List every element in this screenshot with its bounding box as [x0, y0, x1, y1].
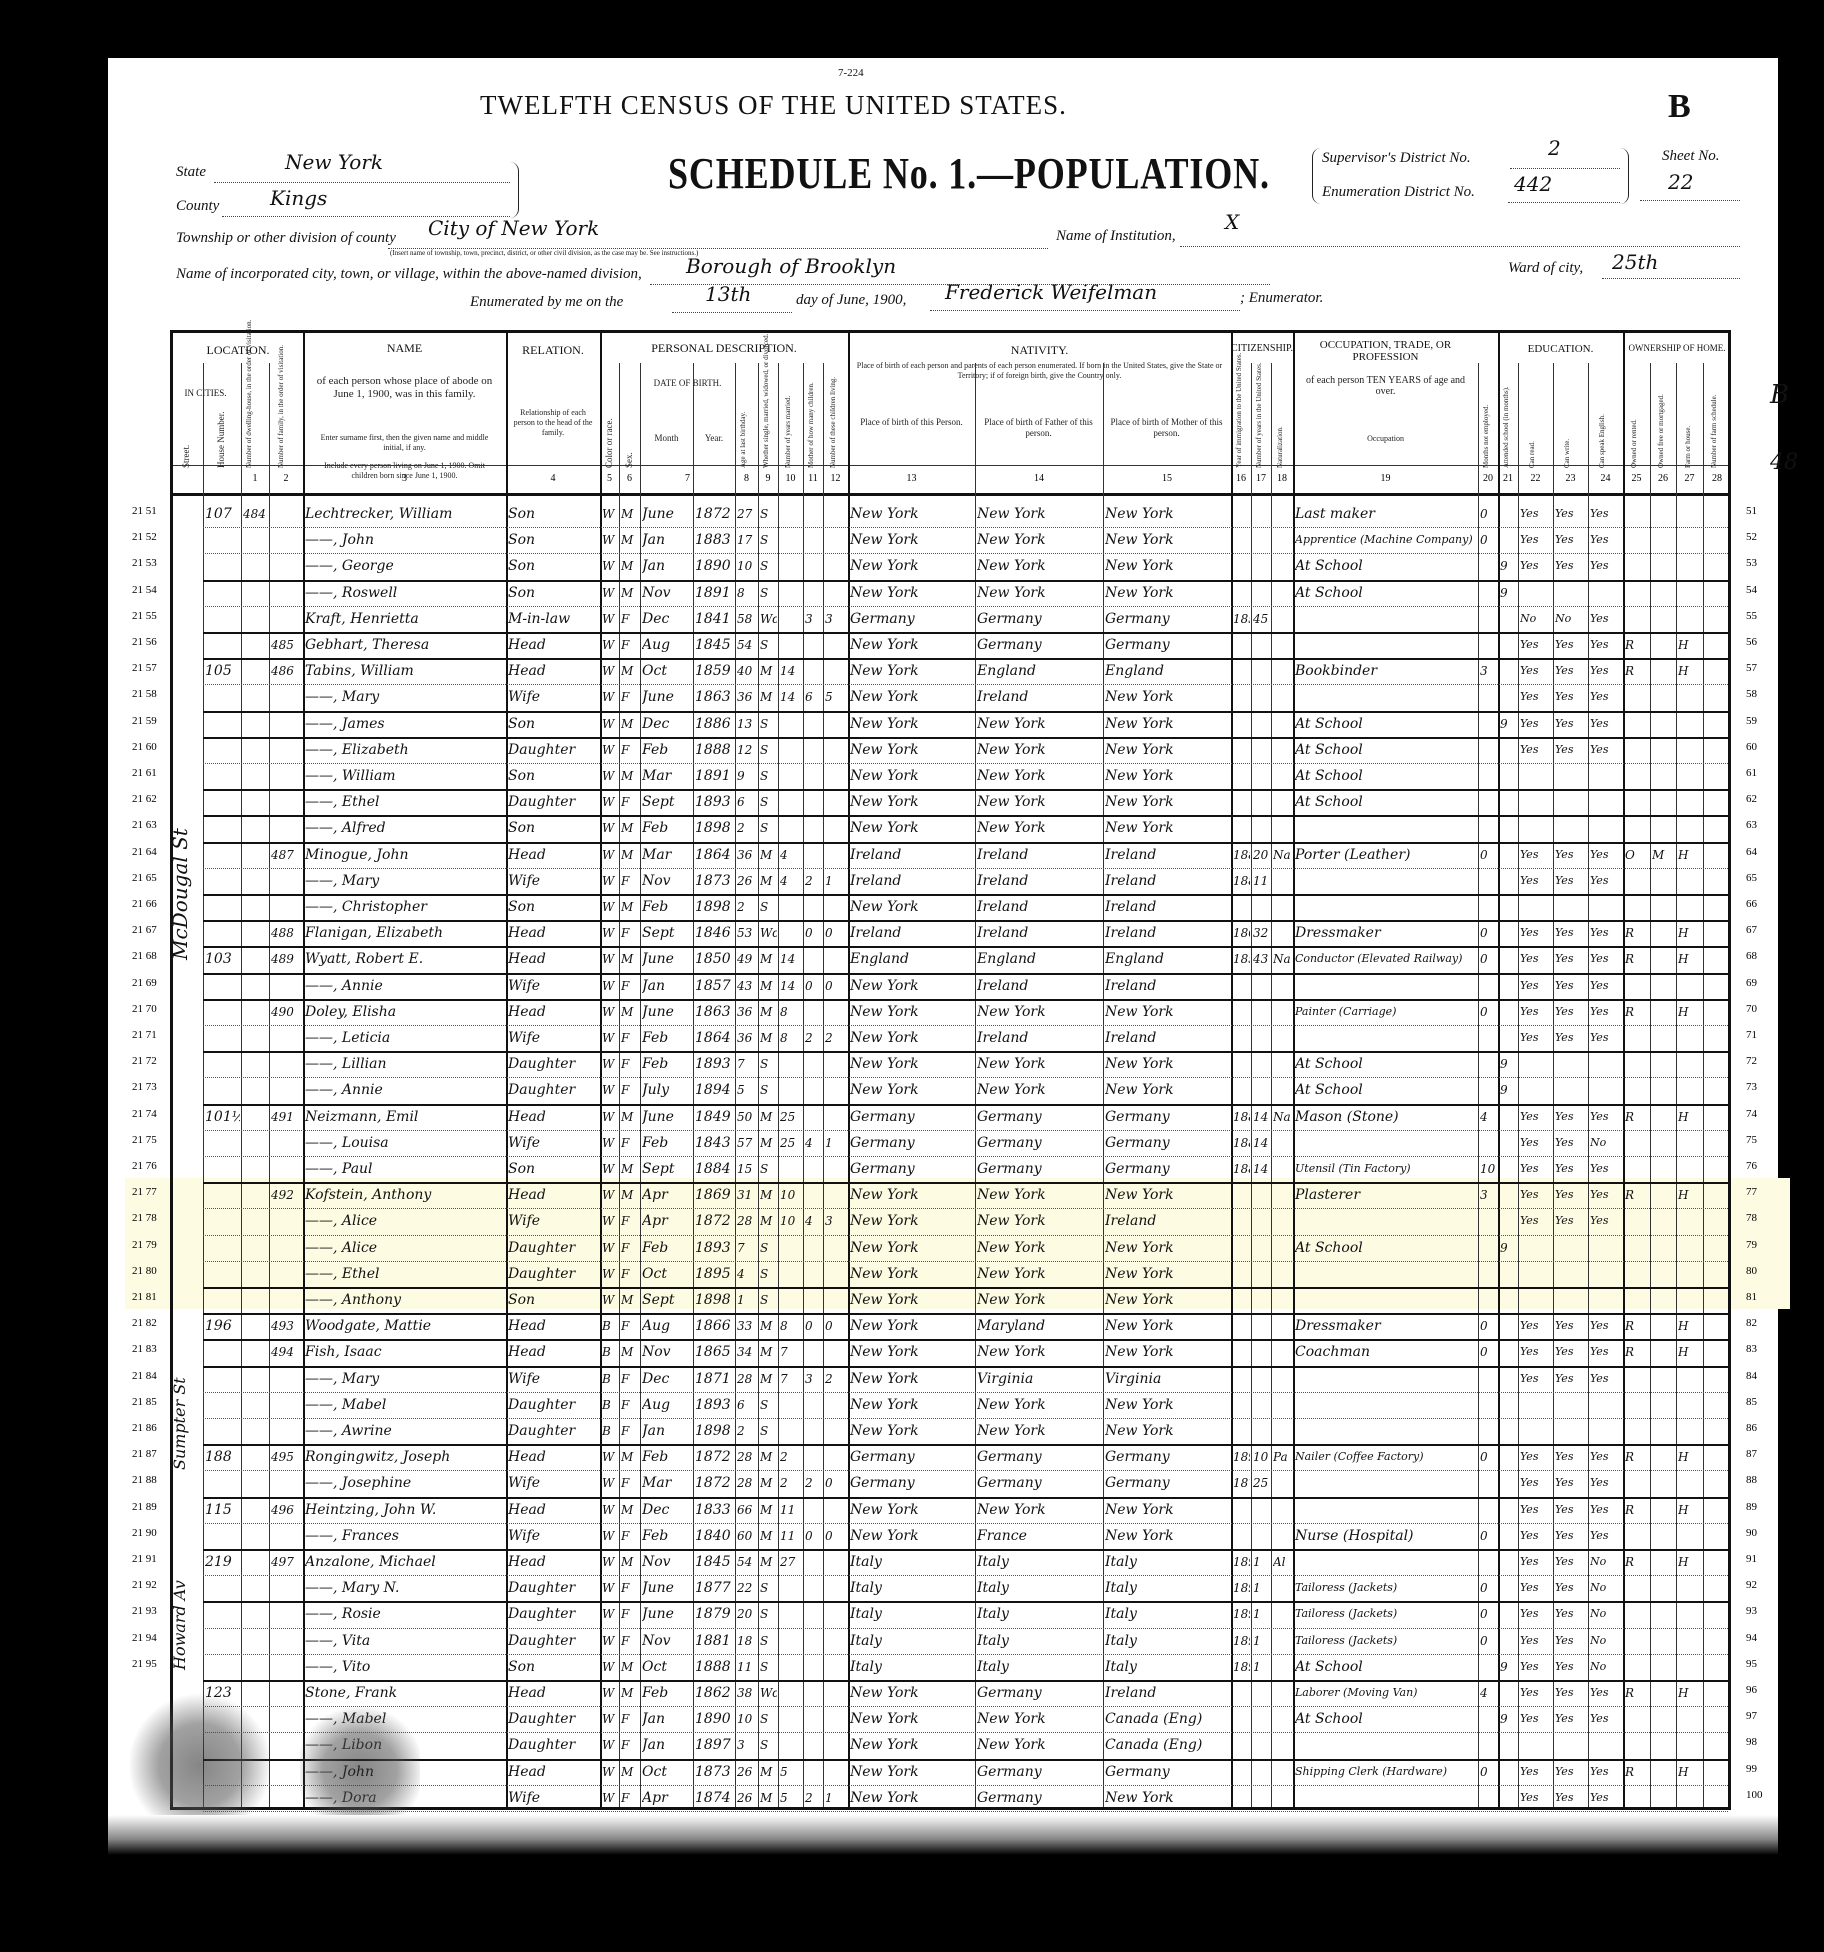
cell-age: 22: [737, 1575, 757, 1601]
cell-sex: M: [621, 763, 639, 789]
cell-unemp: [1480, 763, 1497, 789]
cell-speak: [1590, 1392, 1622, 1418]
cell-farm: H: [1678, 946, 1702, 972]
line-number: 76: [1746, 1160, 1757, 1172]
table-row: ——, PaulSonWMSept188415SGermanyGermanyGe…: [173, 1156, 1734, 1182]
hdr-name-note1: Enter surname first, then the given name…: [313, 433, 496, 453]
line-number: 82: [1746, 1317, 1757, 1329]
cell-write: Yes: [1555, 1497, 1587, 1523]
line-number: 72: [1746, 1055, 1757, 1067]
cell-yus: [1253, 1025, 1270, 1051]
cell-imm: 1875: [1233, 1470, 1250, 1496]
supervisor-value: 2: [1548, 136, 1561, 160]
cell-family: 493: [271, 1313, 302, 1339]
cell-name: ——, Frances: [305, 1523, 505, 1549]
cell-farm: [1678, 1051, 1702, 1077]
cell-month: Feb: [642, 815, 692, 841]
cell-color: W: [602, 658, 618, 684]
cell-farm: [1678, 501, 1702, 527]
cell-school: [1500, 1759, 1517, 1785]
day-line: [672, 312, 792, 313]
cell-relation: Daughter: [508, 1601, 599, 1627]
cell-bp: New York: [850, 763, 974, 789]
cell-yus: [1253, 658, 1270, 684]
cell-imm: [1233, 1680, 1250, 1706]
cell-bf: England: [977, 946, 1102, 972]
cell-sex: M: [621, 1287, 639, 1313]
cell-own: [1625, 1654, 1649, 1680]
cell-read: Yes: [1520, 1104, 1552, 1130]
cell-nat: [1273, 999, 1292, 1025]
cell-age: 50: [737, 1104, 757, 1130]
cell-write: Yes: [1555, 632, 1587, 658]
cell-ym: [780, 894, 802, 920]
cell-color: W: [602, 1182, 618, 1208]
cell-own: [1625, 684, 1649, 710]
cell-moc: 4: [805, 1208, 822, 1234]
cell-yus: [1253, 1182, 1270, 1208]
cell-free: [1652, 1601, 1675, 1627]
cell-house: [205, 842, 240, 868]
cell-free: [1652, 1759, 1675, 1785]
cell-yus: [1253, 1680, 1270, 1706]
cell-bp: Italy: [850, 1549, 974, 1575]
cell-yus: [1253, 1077, 1270, 1103]
table-row: 490Doley, ElishaHeadWMJune186336M8New Yo…: [173, 999, 1734, 1025]
cell-bf: New York: [977, 1261, 1102, 1287]
line-number: 54: [1746, 584, 1757, 596]
cell-relation: Son: [508, 1156, 599, 1182]
cell-unemp: [1480, 1025, 1497, 1051]
cell-unemp: 0: [1480, 842, 1497, 868]
cell-farm: [1678, 973, 1702, 999]
cell-moc: [805, 1680, 822, 1706]
left-line-number: 21 68: [132, 950, 157, 962]
cell-name: ——, Leticia: [305, 1025, 505, 1051]
cell-unemp: 4: [1480, 1680, 1497, 1706]
cell-family: [271, 1392, 302, 1418]
left-line-number: 21 63: [132, 819, 157, 831]
ed-value: 442: [1514, 172, 1552, 196]
line-number: 61: [1746, 767, 1757, 779]
cell-relation: Son: [508, 711, 599, 737]
cell-marital: M: [760, 1497, 777, 1523]
left-line-number: 21 51: [132, 505, 157, 517]
cell-marital: S: [760, 763, 777, 789]
cell-ym: [780, 1654, 802, 1680]
cell-read: [1520, 1732, 1552, 1758]
cell-imm: [1233, 737, 1250, 763]
cell-marital: S: [760, 1654, 777, 1680]
table-row: ——, AnnieDaughterWFJuly18945SNew YorkNew…: [173, 1077, 1734, 1103]
enumerated-day: 13th: [705, 282, 751, 306]
cell-house: [205, 632, 240, 658]
cell-name: ——, Annie: [305, 1077, 505, 1103]
cell-relation: Son: [508, 1654, 599, 1680]
table-row: ——, EthelDaughterWFOct18954SNew YorkNew …: [173, 1261, 1734, 1287]
cell-dwelling: [243, 789, 268, 815]
hdr-unemployed: Months not employed.: [1482, 363, 1490, 468]
cell-read: Yes: [1520, 527, 1552, 553]
cell-write: No: [1555, 606, 1587, 632]
table-row: ——, JohnSonWMJan188317SNew YorkNew YorkN…: [173, 527, 1734, 553]
cell-color: W: [602, 580, 618, 606]
left-line-number: 21 69: [132, 977, 157, 989]
cell-school: [1500, 1156, 1517, 1182]
supervisor-label: Supervisor's District No.: [1322, 150, 1471, 167]
cell-unemp: [1480, 789, 1497, 815]
cell-sex: F: [621, 632, 639, 658]
cell-farm: H: [1678, 1759, 1702, 1785]
cell-school: [1500, 1549, 1517, 1575]
cell-unemp: [1480, 1261, 1497, 1287]
ward-label: Ward of city,: [1508, 260, 1583, 277]
cell-sex: F: [621, 606, 639, 632]
cell-house: [205, 1418, 240, 1444]
cell-occ: Porter (Leather): [1295, 842, 1477, 868]
cell-color: W: [602, 632, 618, 658]
cell-bp: New York: [850, 737, 974, 763]
cell-bf: New York: [977, 1051, 1102, 1077]
cell-dwelling: [243, 868, 268, 894]
cell-age: 40: [737, 658, 757, 684]
line-number: 56: [1746, 636, 1757, 648]
cell-free: [1652, 1706, 1675, 1732]
table-row: ——, Mary N.DaughterWFJune187722SItalyIta…: [173, 1575, 1734, 1601]
cell-write: Yes: [1555, 553, 1587, 579]
cell-bf: New York: [977, 763, 1102, 789]
table-row: 115496Heintzing, John W.HeadWMDec183366M…: [173, 1497, 1734, 1523]
cell-house: [205, 684, 240, 710]
cell-age: 8: [737, 580, 757, 606]
cell-bm: New York: [1105, 1392, 1230, 1418]
cell-write: Yes: [1555, 711, 1587, 737]
cell-bf: Virginia: [977, 1366, 1102, 1392]
table-row: ——, VitaDaughterWFNov188118SItalyItalyIt…: [173, 1628, 1734, 1654]
cell-school: 9: [1500, 711, 1517, 737]
cell-speak: Yes: [1590, 737, 1622, 763]
cell-family: [271, 1601, 302, 1627]
cell-write: Yes: [1555, 1156, 1587, 1182]
cell-moc: [805, 553, 822, 579]
cell-color: W: [602, 1156, 618, 1182]
cell-yus: 43: [1253, 946, 1270, 972]
cell-marital: S: [760, 580, 777, 606]
cell-family: 490: [271, 999, 302, 1025]
cell-imm: 1886: [1233, 1130, 1250, 1156]
cell-nat: [1273, 1130, 1292, 1156]
cell-unemp: [1480, 684, 1497, 710]
cell-ym: [780, 606, 802, 632]
cell-family: [271, 1654, 302, 1680]
line-number: 67: [1746, 924, 1757, 936]
institution-value: X: [1225, 210, 1239, 234]
cell-own: [1625, 868, 1649, 894]
left-line-number: 21 74: [132, 1108, 157, 1120]
cell-cl: [825, 894, 847, 920]
cell-family: [271, 1287, 302, 1313]
cell-year: 1872: [695, 501, 734, 527]
cell-read: Yes: [1520, 1654, 1552, 1680]
cell-nat: [1273, 789, 1292, 815]
cell-age: 58: [737, 606, 757, 632]
cell-color: W: [602, 894, 618, 920]
line-number: 66: [1746, 898, 1757, 910]
cell-occ: [1295, 1392, 1477, 1418]
column-number: 22: [1518, 473, 1553, 484]
cell-own: R: [1625, 1339, 1649, 1365]
cell-family: [271, 1025, 302, 1051]
cell-cl: [825, 632, 847, 658]
cell-relation: Head: [508, 1339, 599, 1365]
township-note: (Insert name of township, town, precinct…: [390, 249, 698, 257]
cell-house: [205, 1628, 240, 1654]
cell-bf: Germany: [977, 632, 1102, 658]
cell-marital: M: [760, 1523, 777, 1549]
cell-read: Yes: [1520, 1208, 1552, 1234]
cell-free: [1652, 527, 1675, 553]
cell-cl: [825, 1732, 847, 1758]
cell-month: Nov: [642, 580, 692, 606]
cell-occ: At School: [1295, 1077, 1477, 1103]
cell-year: 1894: [695, 1077, 734, 1103]
cell-farm: [1678, 1025, 1702, 1051]
cell-bf: New York: [977, 1182, 1102, 1208]
line-number: 97: [1746, 1710, 1757, 1722]
left-line-number: 21 54: [132, 584, 157, 596]
cell-month: Sept: [642, 789, 692, 815]
cell-write: [1555, 1261, 1587, 1287]
hdr-personal: PERSONAL DESCRIPTION.: [600, 341, 848, 356]
cell-occ: [1295, 1366, 1477, 1392]
cell-read: Yes: [1520, 1497, 1552, 1523]
cell-farm: [1678, 553, 1702, 579]
cell-school: [1500, 501, 1517, 527]
cell-occ: [1295, 632, 1477, 658]
cell-house: 188: [205, 1444, 240, 1470]
cell-sex: F: [621, 1523, 639, 1549]
cell-read: [1520, 789, 1552, 815]
cell-name: Doley, Elisha: [305, 999, 505, 1025]
cell-age: 15: [737, 1156, 757, 1182]
cell-free: [1652, 894, 1675, 920]
cell-ym: 14: [780, 658, 802, 684]
cell-speak: No: [1590, 1601, 1622, 1627]
cell-free: [1652, 999, 1675, 1025]
cell-relation: Head: [508, 658, 599, 684]
cell-marital: S: [760, 1077, 777, 1103]
cell-bp: New York: [850, 553, 974, 579]
cell-moc: [805, 1732, 822, 1758]
cell-family: [271, 1785, 302, 1811]
cell-month: June: [642, 1104, 692, 1130]
cell-occ: At School: [1295, 711, 1477, 737]
cell-own: [1625, 1156, 1649, 1182]
left-line-number: 21 72: [132, 1055, 157, 1067]
cell-ym: 14: [780, 684, 802, 710]
cell-house: [205, 973, 240, 999]
enumerator-name: Frederick Weifelman: [945, 280, 1157, 304]
cell-sex: F: [621, 1208, 639, 1234]
cell-dwelling: [243, 580, 268, 606]
cell-color: W: [602, 1051, 618, 1077]
cell-sex: F: [621, 1313, 639, 1339]
line-number: 64: [1746, 846, 1757, 858]
cell-moc: 3: [805, 606, 822, 632]
cell-cl: [825, 946, 847, 972]
cell-school: [1500, 1601, 1517, 1627]
cell-bp: New York: [850, 789, 974, 815]
cell-bm: England: [1105, 658, 1230, 684]
line-number: 90: [1746, 1527, 1757, 1539]
line-number: 65: [1746, 872, 1757, 884]
cell-bm: New York: [1105, 1523, 1230, 1549]
cell-dwelling: [243, 1287, 268, 1313]
cell-moc: [805, 1549, 822, 1575]
table-row: 101½491Neizmann, EmilHeadWMJune184950M25…: [173, 1104, 1734, 1130]
hdr-relation: RELATION.: [506, 343, 600, 358]
cell-month: Nov: [642, 868, 692, 894]
cell-occ: Bookbinder: [1295, 658, 1477, 684]
cell-dwelling: [243, 737, 268, 763]
cell-family: [271, 737, 302, 763]
supervisor-line: [1510, 168, 1620, 169]
cell-bm: Canada (Eng): [1105, 1706, 1230, 1732]
cell-name: ——, Vito: [305, 1654, 505, 1680]
cell-ym: 5: [780, 1759, 802, 1785]
cell-own: [1625, 553, 1649, 579]
cell-speak: Yes: [1590, 553, 1622, 579]
line-number: 60: [1746, 741, 1757, 753]
cell-write: Yes: [1555, 1182, 1587, 1208]
township-label: Township or other division of county: [176, 230, 396, 247]
cell-read: [1520, 894, 1552, 920]
cell-month: Nov: [642, 1549, 692, 1575]
cell-marital: S: [760, 1418, 777, 1444]
cell-dwelling: [243, 658, 268, 684]
hdr-year: Year.: [693, 433, 735, 444]
cell-month: June: [642, 946, 692, 972]
cell-unemp: [1480, 1497, 1497, 1523]
cell-family: [271, 606, 302, 632]
cell-cl: [825, 763, 847, 789]
cell-year: 1897: [695, 1732, 734, 1758]
cell-write: [1555, 1418, 1587, 1444]
column-number: 17: [1251, 473, 1271, 484]
cell-farm: H: [1678, 920, 1702, 946]
column-number: 11: [803, 473, 823, 484]
cell-month: June: [642, 1601, 692, 1627]
cell-dwelling: [243, 684, 268, 710]
cell-color: W: [602, 973, 618, 999]
cell-yus: 1: [1253, 1549, 1270, 1575]
cell-name: Lechtrecker, William: [305, 501, 505, 527]
cell-nat: [1273, 1313, 1292, 1339]
institution-label: Name of Institution,: [1056, 228, 1176, 245]
cell-write: Yes: [1555, 1130, 1587, 1156]
cell-bp: New York: [850, 1732, 974, 1758]
cell-occ: At School: [1295, 763, 1477, 789]
cell-free: [1652, 1130, 1675, 1156]
column-number: 8: [735, 473, 758, 484]
cell-occ: Mason (Stone): [1295, 1104, 1477, 1130]
cell-dwelling: [243, 999, 268, 1025]
hdr-mother-of: Mother of how many children.: [807, 363, 815, 468]
cell-year: 1872: [695, 1470, 734, 1496]
cell-year: 1898: [695, 894, 734, 920]
cell-relation: Wife: [508, 868, 599, 894]
cell-bf: New York: [977, 789, 1102, 815]
cell-read: Yes: [1520, 1575, 1552, 1601]
cell-name: Anzalone, Michael: [305, 1549, 505, 1575]
cell-bp: New York: [850, 684, 974, 710]
cell-color: W: [602, 1601, 618, 1627]
cell-ym: 4: [780, 868, 802, 894]
cell-family: 487: [271, 842, 302, 868]
cell-name: ——, Mabel: [305, 1392, 505, 1418]
cell-age: 7: [737, 1235, 757, 1261]
cell-marital: S: [760, 1156, 777, 1182]
cell-speak: Yes: [1590, 1025, 1622, 1051]
cell-moc: [805, 1077, 822, 1103]
table-row: ——, VitoSonWMOct188811SItalyItalyItaly18…: [173, 1654, 1734, 1680]
cell-bm: Germany: [1105, 632, 1230, 658]
cell-sex: F: [621, 1130, 639, 1156]
cell-name: ——, Alice: [305, 1235, 505, 1261]
cell-bf: Germany: [977, 1156, 1102, 1182]
cell-house: [205, 920, 240, 946]
cell-relation: Head: [508, 999, 599, 1025]
cell-age: 38: [737, 1680, 757, 1706]
cell-color: W: [602, 1497, 618, 1523]
cell-bm: Ireland: [1105, 1680, 1230, 1706]
cell-occ: [1295, 1470, 1477, 1496]
cell-ym: [780, 1628, 802, 1654]
hdr-nativity: NATIVITY.: [848, 343, 1231, 358]
cell-own: R: [1625, 632, 1649, 658]
cell-bf: Italy: [977, 1549, 1102, 1575]
cell-age: 43: [737, 973, 757, 999]
cell-bf: New York: [977, 580, 1102, 606]
cell-nat: [1273, 815, 1292, 841]
cell-month: Feb: [642, 1025, 692, 1051]
cell-bm: New York: [1105, 1261, 1230, 1287]
cell-relation: Son: [508, 815, 599, 841]
cell-month: Apr: [642, 1182, 692, 1208]
cell-color: W: [602, 1208, 618, 1234]
cell-unemp: [1480, 711, 1497, 737]
cell-occ: Tailoress (Jackets): [1295, 1601, 1477, 1627]
cell-imm: [1233, 789, 1250, 815]
cell-name: ——, Rosie: [305, 1601, 505, 1627]
cell-age: 1: [737, 1287, 757, 1313]
cell-moc: [805, 1601, 822, 1627]
cell-farm: H: [1678, 658, 1702, 684]
cell-speak: Yes: [1590, 501, 1622, 527]
cell-house: 219: [205, 1549, 240, 1575]
cell-nat: [1273, 1497, 1292, 1523]
cell-house: [205, 868, 240, 894]
cell-dwelling: [243, 553, 268, 579]
cell-unemp: 0: [1480, 999, 1497, 1025]
cell-sex: M: [621, 501, 639, 527]
cell-relation: Head: [508, 1549, 599, 1575]
line-number: 59: [1746, 715, 1757, 727]
cell-sex: M: [621, 1759, 639, 1785]
cell-color: W: [602, 815, 618, 841]
cell-family: [271, 1051, 302, 1077]
cell-sex: F: [621, 684, 639, 710]
